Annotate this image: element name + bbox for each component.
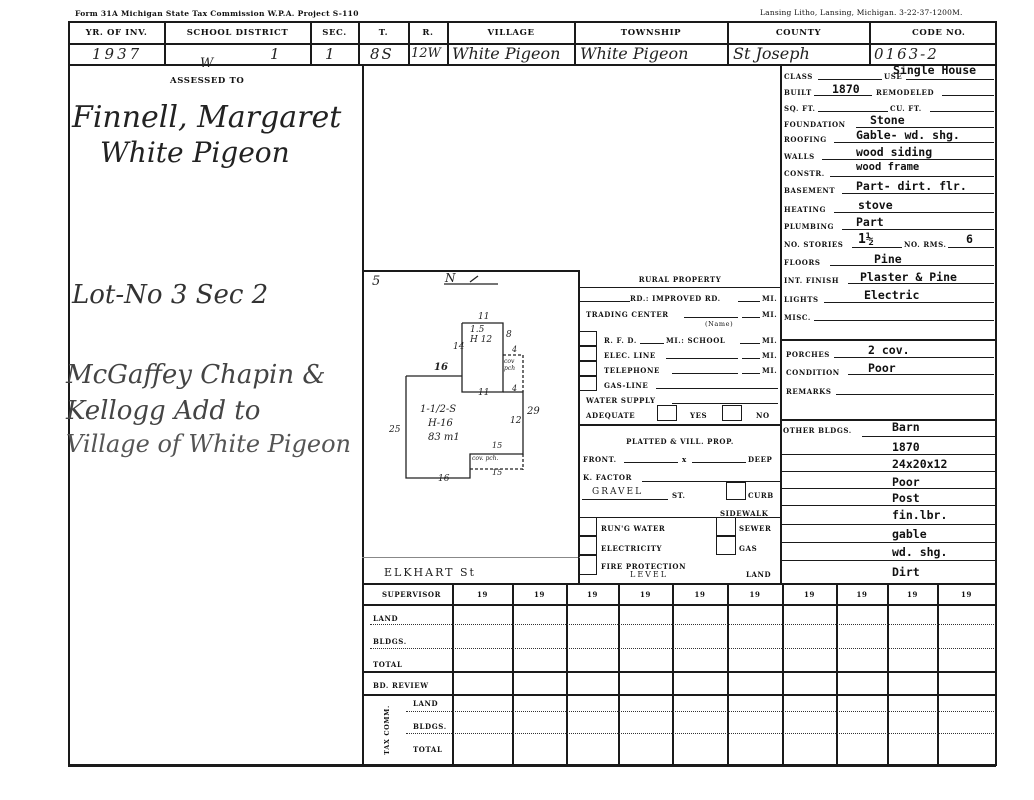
built-value[interactable]: 1870 bbox=[832, 82, 860, 96]
header-village: VILLAGE bbox=[448, 28, 574, 38]
bldgs-row-label: BLDGS. bbox=[373, 637, 407, 646]
other-bldg-line-2[interactable]: 1870 bbox=[892, 440, 920, 454]
form-header-right: Lansing Litho, Lansing, Michigan. 3-22-3… bbox=[760, 8, 963, 17]
elec-line-label: ELEC. LINE bbox=[604, 351, 656, 360]
rung-water-checkbox[interactable] bbox=[578, 517, 597, 536]
supervisor-label: SUPERVISOR bbox=[382, 590, 441, 599]
basement-value[interactable]: Part- dirt. flr. bbox=[856, 179, 967, 193]
heating-label: HEATING bbox=[784, 205, 826, 214]
other-bldg-line-6[interactable]: fin.lbr. bbox=[892, 508, 947, 522]
lot-description[interactable]: Lot-No 3 Sec 2 bbox=[72, 280, 268, 310]
gas-line-label: GAS-LINE bbox=[604, 381, 648, 390]
assessee-location[interactable]: White Pigeon bbox=[100, 136, 290, 169]
sketch-corner-mark: 5 bbox=[372, 274, 380, 289]
year-col-2: 19 bbox=[513, 590, 566, 599]
header-township: TOWNSHIP bbox=[575, 28, 727, 38]
other-bldg-line-3[interactable]: 24x20x12 bbox=[892, 457, 947, 471]
trading-center-mi: MI. bbox=[762, 310, 777, 319]
land-value[interactable]: LEVEL bbox=[630, 570, 668, 579]
int-finish-value[interactable]: Plaster & Pine bbox=[860, 270, 957, 284]
land-label: LAND bbox=[746, 570, 771, 579]
year-col-5: 19 bbox=[673, 590, 727, 599]
floors-value[interactable]: Pine bbox=[874, 252, 902, 266]
adequate-yes-checkbox[interactable] bbox=[657, 405, 677, 421]
cu-ft-label: CU. FT. bbox=[890, 104, 922, 113]
rural-property-title: RURAL PROPERTY bbox=[580, 275, 780, 284]
walls-value[interactable]: wood siding bbox=[856, 145, 932, 159]
street-name: ELKHART St bbox=[384, 566, 476, 579]
adequate-no-label: NO bbox=[756, 411, 770, 420]
remodeled-label: REMODELED bbox=[876, 88, 934, 97]
condition-value[interactable]: Poor bbox=[868, 361, 896, 375]
form-header-left: Form 31A Michigan State Tax Commission W… bbox=[75, 9, 359, 18]
sketch-porch-small-side: 4 bbox=[512, 384, 517, 393]
foundation-label: FOUNDATION bbox=[784, 120, 846, 129]
total-row-label: TOTAL bbox=[373, 660, 403, 669]
other-bldg-line-7[interactable]: gable bbox=[892, 527, 927, 541]
sketch-main-area-3: 83 m1 bbox=[428, 432, 460, 443]
other-bldg-line-1[interactable]: Barn bbox=[892, 420, 920, 434]
t-value[interactable]: 8S bbox=[370, 45, 394, 63]
other-bldgs-label: OTHER BLDGS. bbox=[783, 426, 852, 435]
mi-school-label: MI.: SCHOOL bbox=[666, 336, 725, 345]
no-stories-value[interactable]: 1½ bbox=[858, 232, 874, 247]
heating-value[interactable]: stove bbox=[858, 198, 893, 212]
sketch-rear-area-2: H 12 bbox=[470, 335, 492, 345]
no-stories-label: NO. STORIES bbox=[784, 240, 843, 249]
year-col-1: 19 bbox=[453, 590, 512, 599]
condition-label: CONDITION bbox=[786, 368, 840, 377]
sewer-checkbox[interactable] bbox=[716, 517, 736, 536]
roofing-value[interactable]: Gable- wd. shg. bbox=[856, 128, 960, 142]
year-col-10: 19 bbox=[938, 590, 995, 599]
year-col-8: 19 bbox=[837, 590, 887, 599]
rd-mi-label: MI. bbox=[762, 294, 777, 303]
floors-label: FLOORS bbox=[784, 258, 821, 267]
adequate-label: ADEQUATE bbox=[586, 411, 635, 420]
sketch-main-right: 12 bbox=[510, 416, 521, 426]
header-county: COUNTY bbox=[728, 28, 869, 38]
adequate-yes-label: YES bbox=[690, 411, 707, 420]
foundation-value[interactable]: Stone bbox=[870, 113, 905, 127]
deep-label: DEEP bbox=[748, 455, 772, 464]
constr-label: CONSTR. bbox=[784, 169, 825, 178]
gas-line-checkbox[interactable] bbox=[578, 376, 597, 391]
header-t: T. bbox=[359, 28, 408, 38]
year-col-6: 19 bbox=[728, 590, 782, 599]
year-col-4: 19 bbox=[619, 590, 672, 599]
other-bldg-line-9[interactable]: Dirt bbox=[892, 565, 920, 579]
tax-comm-land-label: LAND bbox=[413, 699, 438, 708]
sketch-porch-small-label-1: cov bbox=[504, 358, 514, 365]
curb-checkbox[interactable] bbox=[726, 482, 746, 500]
other-bldg-line-4[interactable]: Poor bbox=[892, 475, 920, 489]
roofing-label: ROOFING bbox=[784, 135, 827, 144]
trading-center-label: TRADING CENTER bbox=[586, 310, 669, 319]
k-factor-label: K. FACTOR bbox=[583, 473, 632, 482]
int-finish-label: INT. FINISH bbox=[784, 276, 839, 285]
sketch-main-bottom: 16 bbox=[438, 474, 449, 484]
fire-protection-checkbox[interactable] bbox=[578, 555, 597, 575]
sketch-porch-small-label-2: pch bbox=[504, 365, 515, 372]
township-value[interactable]: White Pigeon bbox=[580, 44, 688, 63]
electricity-checkbox[interactable] bbox=[578, 536, 597, 555]
built-label: BUILT bbox=[784, 88, 812, 97]
header-yr-of-inv: YR. OF INV. bbox=[69, 28, 164, 38]
rfd-checkbox[interactable] bbox=[578, 331, 597, 346]
basement-label: BASEMENT bbox=[784, 186, 835, 195]
no-rms-value[interactable]: 6 bbox=[966, 232, 973, 246]
other-bldg-line-5[interactable]: Post bbox=[892, 491, 920, 505]
county-value[interactable]: St Joseph bbox=[733, 44, 810, 63]
code-no-value[interactable]: 0163-2 bbox=[874, 45, 939, 63]
elec-line-checkbox[interactable] bbox=[578, 346, 597, 361]
yr-of-inv-value[interactable]: 1937 bbox=[92, 45, 142, 63]
legal-description-line-1[interactable]: McGaffey Chapin & bbox=[66, 360, 325, 390]
curb-label: CURB bbox=[748, 491, 774, 500]
assessee-name[interactable]: Finnell, Margaret bbox=[72, 100, 341, 135]
tax-comm-label: TAX COMM. bbox=[383, 705, 391, 755]
platted-title: PLATTED & VILL. PROP. bbox=[580, 437, 780, 446]
year-col-7: 19 bbox=[783, 590, 836, 599]
sketch-main-area-1: 1-1/2-S bbox=[420, 404, 456, 415]
electricity-label: ELECTRICITY bbox=[601, 544, 662, 553]
year-col-9: 19 bbox=[888, 590, 937, 599]
other-bldg-line-8[interactable]: wd. shg. bbox=[892, 545, 947, 559]
name-hint: (Name) bbox=[705, 320, 733, 328]
school-district-value[interactable]: 1 bbox=[270, 45, 280, 63]
bd-review-label: BD. REVIEW bbox=[373, 681, 429, 690]
header-sec: SEC. bbox=[311, 28, 358, 38]
sketch-front-porch-bottom: 15 bbox=[492, 468, 502, 477]
tax-comm-total-label: TOTAL bbox=[413, 745, 443, 754]
st-label: ST. bbox=[672, 491, 686, 500]
porches-label: PORCHES bbox=[786, 350, 830, 359]
plumbing-label: PLUMBING bbox=[784, 222, 834, 231]
sketch-rear-area-1: 1.5 bbox=[470, 325, 484, 335]
r-value[interactable]: 12W bbox=[411, 46, 441, 61]
walls-label: WALLS bbox=[784, 152, 815, 161]
elec-line-mi: MI. bbox=[762, 351, 777, 360]
sec-value[interactable]: 1 bbox=[325, 45, 335, 63]
front-label: FRONT. bbox=[583, 455, 617, 464]
sketch-north-label: N bbox=[445, 271, 456, 285]
plumbing-value[interactable]: Part bbox=[856, 215, 884, 229]
adequate-no-checkbox[interactable] bbox=[722, 405, 742, 421]
sketch-mid: 11 bbox=[478, 388, 489, 398]
sketch-rear-right: 8 bbox=[506, 330, 512, 340]
water-supply-label: WATER SUPPLY bbox=[586, 396, 656, 405]
telephone-checkbox[interactable] bbox=[578, 361, 597, 376]
header-r: R. bbox=[409, 28, 447, 38]
sketch-rear-top: 11 bbox=[478, 312, 489, 322]
lights-label: LIGHTS bbox=[784, 295, 819, 304]
legal-description-line-2[interactable]: Kellogg Add to bbox=[66, 396, 260, 426]
school-mi: MI. bbox=[762, 336, 777, 345]
sketch-main-top: 16 bbox=[434, 362, 448, 373]
remarks-label: REMARKS bbox=[786, 387, 832, 396]
school-district-mark: W bbox=[200, 56, 213, 71]
rd-improved-label: RD.: IMPROVED RD. bbox=[630, 294, 721, 303]
x-label: x bbox=[682, 455, 687, 464]
sq-ft-label: SQ. FT. bbox=[784, 104, 816, 113]
rfd-label: R. F. D. bbox=[604, 336, 637, 345]
sketch-main-area-2: H-16 bbox=[428, 418, 453, 429]
sketch-front-porch-top: 15 bbox=[492, 441, 502, 450]
sketch-overall-right: 29 bbox=[527, 406, 540, 417]
sketch-rear-left: 14 bbox=[453, 342, 464, 352]
land-row-label: LAND bbox=[373, 614, 398, 623]
class-label: CLASS bbox=[784, 72, 813, 81]
constr-value[interactable]: wood frame bbox=[856, 161, 919, 173]
use-value[interactable]: Single House bbox=[893, 63, 976, 77]
gas-label: GAS bbox=[739, 544, 757, 553]
rung-water-label: RUN'G WATER bbox=[601, 524, 665, 533]
legal-description-line-3[interactable]: Village of White Pigeon bbox=[66, 430, 351, 458]
street-type-value[interactable]: GRAVEL bbox=[592, 487, 643, 497]
header-code-no: CODE NO. bbox=[912, 28, 965, 38]
year-col-3: 19 bbox=[567, 590, 618, 599]
telephone-label: TELEPHONE bbox=[604, 366, 660, 375]
misc-label: MISC. bbox=[784, 313, 811, 322]
sketch-main-left: 25 bbox=[389, 425, 400, 435]
porches-value[interactable]: 2 cov. bbox=[868, 343, 910, 357]
assessed-to-label: ASSESSED TO bbox=[170, 76, 244, 86]
lights-value[interactable]: Electric bbox=[864, 288, 919, 302]
gas-checkbox[interactable] bbox=[716, 536, 736, 555]
header-school-district: SCHOOL DISTRICT bbox=[165, 28, 310, 38]
sketch-front-porch-label: cov. pch. bbox=[472, 455, 498, 462]
no-rms-label: NO. RMS. bbox=[904, 240, 947, 249]
tax-comm-bldgs-label: BLDGS. bbox=[413, 722, 447, 731]
telephone-mi: MI. bbox=[762, 366, 777, 375]
village-value[interactable]: White Pigeon bbox=[452, 44, 560, 63]
sewer-label: SEWER bbox=[739, 524, 771, 533]
sketch-porch-small: 4 bbox=[512, 345, 517, 354]
